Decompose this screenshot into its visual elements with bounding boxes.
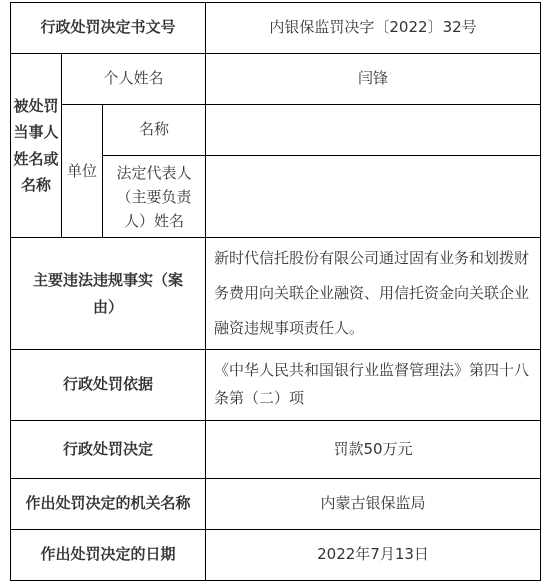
authority-value: 内蒙古银保监局 [206,479,541,530]
row-date: 作出处罚决定的日期 2022年7月13日 [11,530,541,581]
unit-name-value [206,105,541,156]
row-violation: 主要违法违规事实（案由） 新时代信托股份有限公司通过固有业务和划拨财务费用向关联… [11,238,541,350]
decision-value: 罚款50万元 [206,421,541,479]
decision-number-value: 内银保监罚决字〔2022〕32号 [206,3,541,54]
row-basis: 行政处罚依据 《中华人民共和国银行业监督管理法》第四十八条第（二）项 [11,350,541,421]
row-authority: 作出处罚决定的机关名称 内蒙古银保监局 [11,479,541,530]
row-unit-name: 单位 名称 [11,105,541,156]
violation-value: 新时代信托股份有限公司通过固有业务和划拨财务费用向关联企业融资、用信托资金向关联… [206,238,541,350]
basis-value: 《中华人民共和国银行业监督管理法》第四十八条第（二）项 [206,350,541,421]
row-decision: 行政处罚决定 罚款50万元 [11,421,541,479]
basis-label: 行政处罚依据 [11,350,206,421]
decision-number-label: 行政处罚决定书文号 [11,3,206,54]
authority-label: 作出处罚决定的机关名称 [11,479,206,530]
individual-name-value: 闫锋 [206,54,541,105]
date-label: 作出处罚决定的日期 [11,530,206,581]
party-group-label: 被处罚当事人姓名或名称 [11,54,62,238]
row-individual-name: 被处罚当事人姓名或名称 个人姓名 闫锋 [11,54,541,105]
decision-label: 行政处罚决定 [11,421,206,479]
violation-label: 主要违法违规事实（案由） [11,238,206,350]
unit-label: 单位 [62,105,103,238]
legal-rep-value [206,156,541,238]
unit-name-label: 名称 [103,105,206,156]
penalty-decision-table: 行政处罚决定书文号 内银保监罚决字〔2022〕32号 被处罚当事人姓名或名称 个… [10,2,541,581]
legal-rep-label: 法定代表人（主要负责人）姓名 [103,156,206,238]
row-decision-number: 行政处罚决定书文号 内银保监罚决字〔2022〕32号 [11,3,541,54]
individual-name-label: 个人姓名 [62,54,206,105]
date-value: 2022年7月13日 [206,530,541,581]
